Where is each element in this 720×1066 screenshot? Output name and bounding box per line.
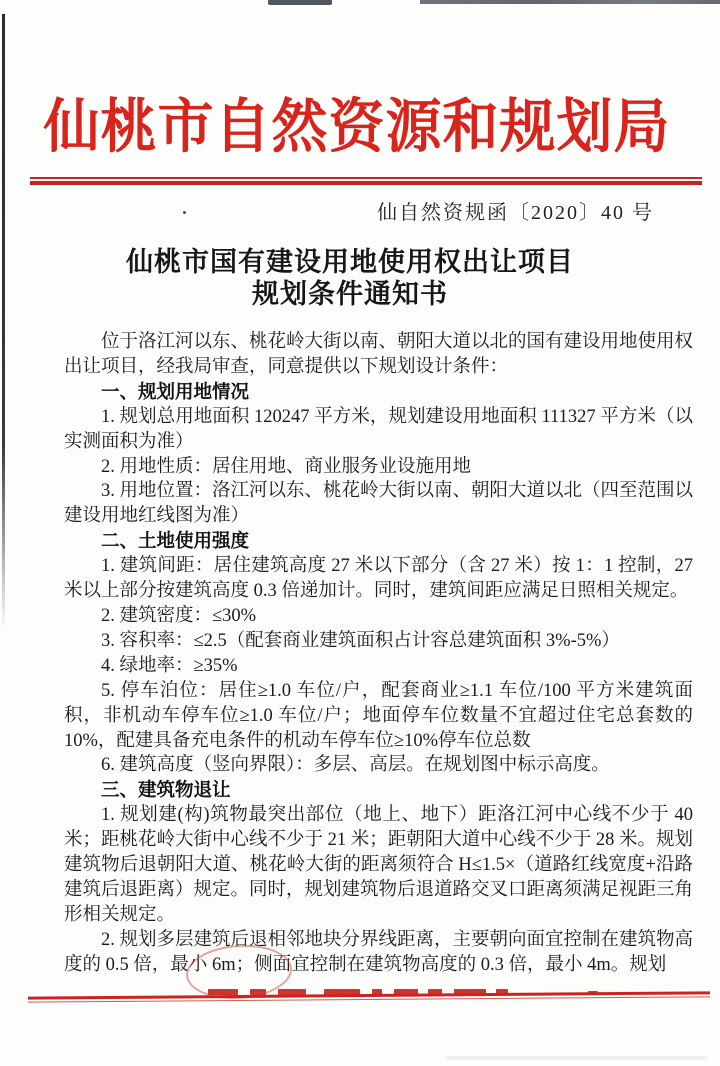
- document-title-line1: 仙桃市国有建设用地使用权出让项目: [40, 246, 660, 278]
- document-title-line2: 规划条件通知书: [40, 278, 660, 310]
- section-2-item-3: 3. 容积率：≤2.5（配套商业建筑面积占计容总建筑面积 3%-5%）: [64, 629, 693, 654]
- section-2-item-4: 4. 绿地率：≥35%: [64, 654, 693, 679]
- section-2-item-2: 2. 建筑密度：≤30%: [64, 604, 693, 629]
- section-2-item-1: 1. 建筑间距：居住建筑高度 27 米以下部分（含 27 米）按 1：1 控制，…: [64, 554, 693, 604]
- section-1-item-1: 1. 规划总用地面积 120247 平方米，规划建设用地面积 111327 平方…: [64, 405, 693, 455]
- section-2-item-6: 6. 建筑高度（竖向界限）：多层、高层。在规划图中标示高度。: [64, 753, 693, 778]
- document-reference-number: 仙自然资规函〔2020〕40 号: [377, 196, 654, 225]
- scan-edge-left: [2, 14, 5, 630]
- section-3-heading: 三、建筑物退让: [64, 778, 693, 803]
- letterhead-agency-name: 仙桃市自然资源和规划局: [27, 95, 687, 162]
- scanned-document-page: 仙桃市自然资源和规划局 仙自然资规函〔2020〕40 号 仙桃市国有建设用地使用…: [0, 0, 720, 1066]
- section-3-item-2: 2. 规划多层建筑后退相邻地块分界线距离，主要朝向面宜控制在建筑物高度的 0.5…: [64, 928, 693, 978]
- scan-stray-dot: [183, 211, 186, 214]
- divider-thick-line: [30, 181, 702, 185]
- scan-edge-top-band: [420, 0, 720, 4]
- section-1-heading: 一、规划用地情况: [64, 380, 693, 405]
- section-3-item-1: 1. 规划建(构)筑物最突出部位（地上、地下）距洛江河中心线不少于 40 米；距…: [64, 803, 693, 928]
- letterhead-divider-rule: [30, 177, 702, 185]
- document-title: 仙桃市国有建设用地使用权出让项目 规划条件通知书: [40, 246, 660, 310]
- bottom-watermark-band: [28, 986, 710, 1004]
- document-body: 位于洛江河以东、桃花岭大街以南、朝阳大道以北的国有建设用地使用权出让项目，经我局…: [64, 330, 693, 978]
- section-2-item-5: 5. 停车泊位：居住≥1.0 车位/户，配套商业≥1.1 车位/100 平方米建…: [64, 679, 693, 754]
- section-1-item-2: 2. 用地性质：居住用地、商业服务业设施用地: [64, 455, 693, 480]
- bottom-red-rule: [28, 991, 710, 1002]
- intro-paragraph: 位于洛江河以东、桃花岭大街以南、朝阳大道以北的国有建设用地使用权出让项目，经我局…: [64, 330, 693, 380]
- section-1-item-3: 3. 用地位置：洛江河以东、桃花岭大街以南、朝阳大道以北（四至范围以建设用地红线…: [64, 479, 693, 529]
- scan-smudge-bottom: [446, 1056, 708, 1060]
- scan-edge-top-mark: [268, 0, 332, 5]
- section-2-heading: 二、土地使用强度: [64, 529, 693, 554]
